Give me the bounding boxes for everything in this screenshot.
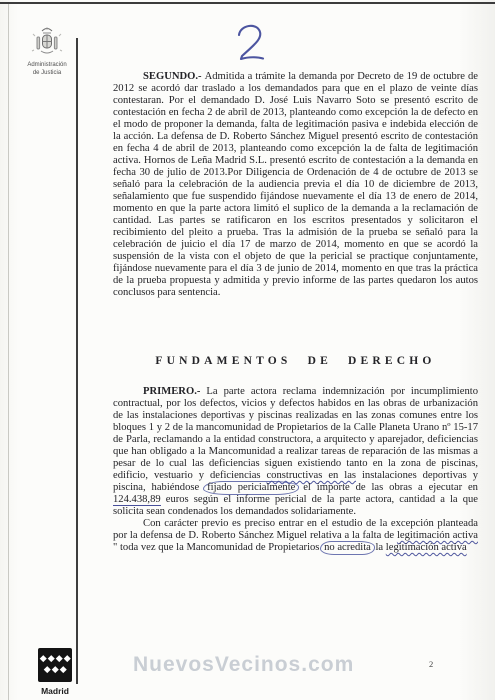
segundo-paragraph: SEGUNDO.- Admitida a trámite la demanda … [113, 71, 478, 299]
pen-underline-annotation: constructivas en las [266, 470, 356, 481]
pen-underline-annotation: 124.438,89 [113, 494, 161, 506]
watermark: NuevosVecinos.com [133, 653, 354, 677]
scan-edge-line [8, 4, 9, 700]
text-segment: el importe de las obras a ejecutar en [297, 482, 480, 493]
text-segment: la [373, 542, 386, 553]
primero-paragraph: PRIMERO.- La parte actora reclama indemn… [113, 386, 478, 518]
top-border-rule [0, 2, 495, 4]
text-segment: PRIMERO.- [143, 386, 206, 397]
text-segment: La parte actora reclama indemnización po… [113, 386, 481, 481]
pen-underline-annotation: legitimación activa [386, 542, 467, 553]
letterhead-org-line2: de Justicia [14, 70, 80, 78]
pen-oval-annotation: fijado pericialmente [203, 481, 299, 495]
scanned-court-document-page: Administración de Justicia SEGUNDO.- Adm… [0, 0, 495, 700]
pen-oval-annotation: no acredita [320, 541, 375, 555]
section-heading: FUNDAMENTOS DE DERECHO [113, 355, 478, 367]
margin-divider-rule [76, 38, 78, 684]
madrid-logo [38, 648, 72, 682]
madrid-logo-label: Madrid [33, 686, 77, 696]
letterhead-org-line1: Administración [14, 62, 80, 70]
letterhead-org-name: Administración de Justicia [14, 62, 80, 77]
con-caracter-paragraph: Con carácter previo es preciso entrar en… [113, 518, 478, 554]
page-number: 2 [429, 659, 433, 669]
text-segment: euros según el informe pericial de la pa… [113, 494, 481, 517]
pen-underline-annotation: legitimación activa [397, 530, 478, 541]
document-body: SEGUNDO.- Admitida a trámite la demanda … [113, 71, 478, 554]
text-segment: SEGUNDO.- [143, 71, 205, 82]
text-segment: Admitida a trámite la demanda por Decret… [113, 71, 481, 298]
coat-of-arms-icon [29, 25, 65, 61]
handwritten-page-number [230, 20, 274, 66]
